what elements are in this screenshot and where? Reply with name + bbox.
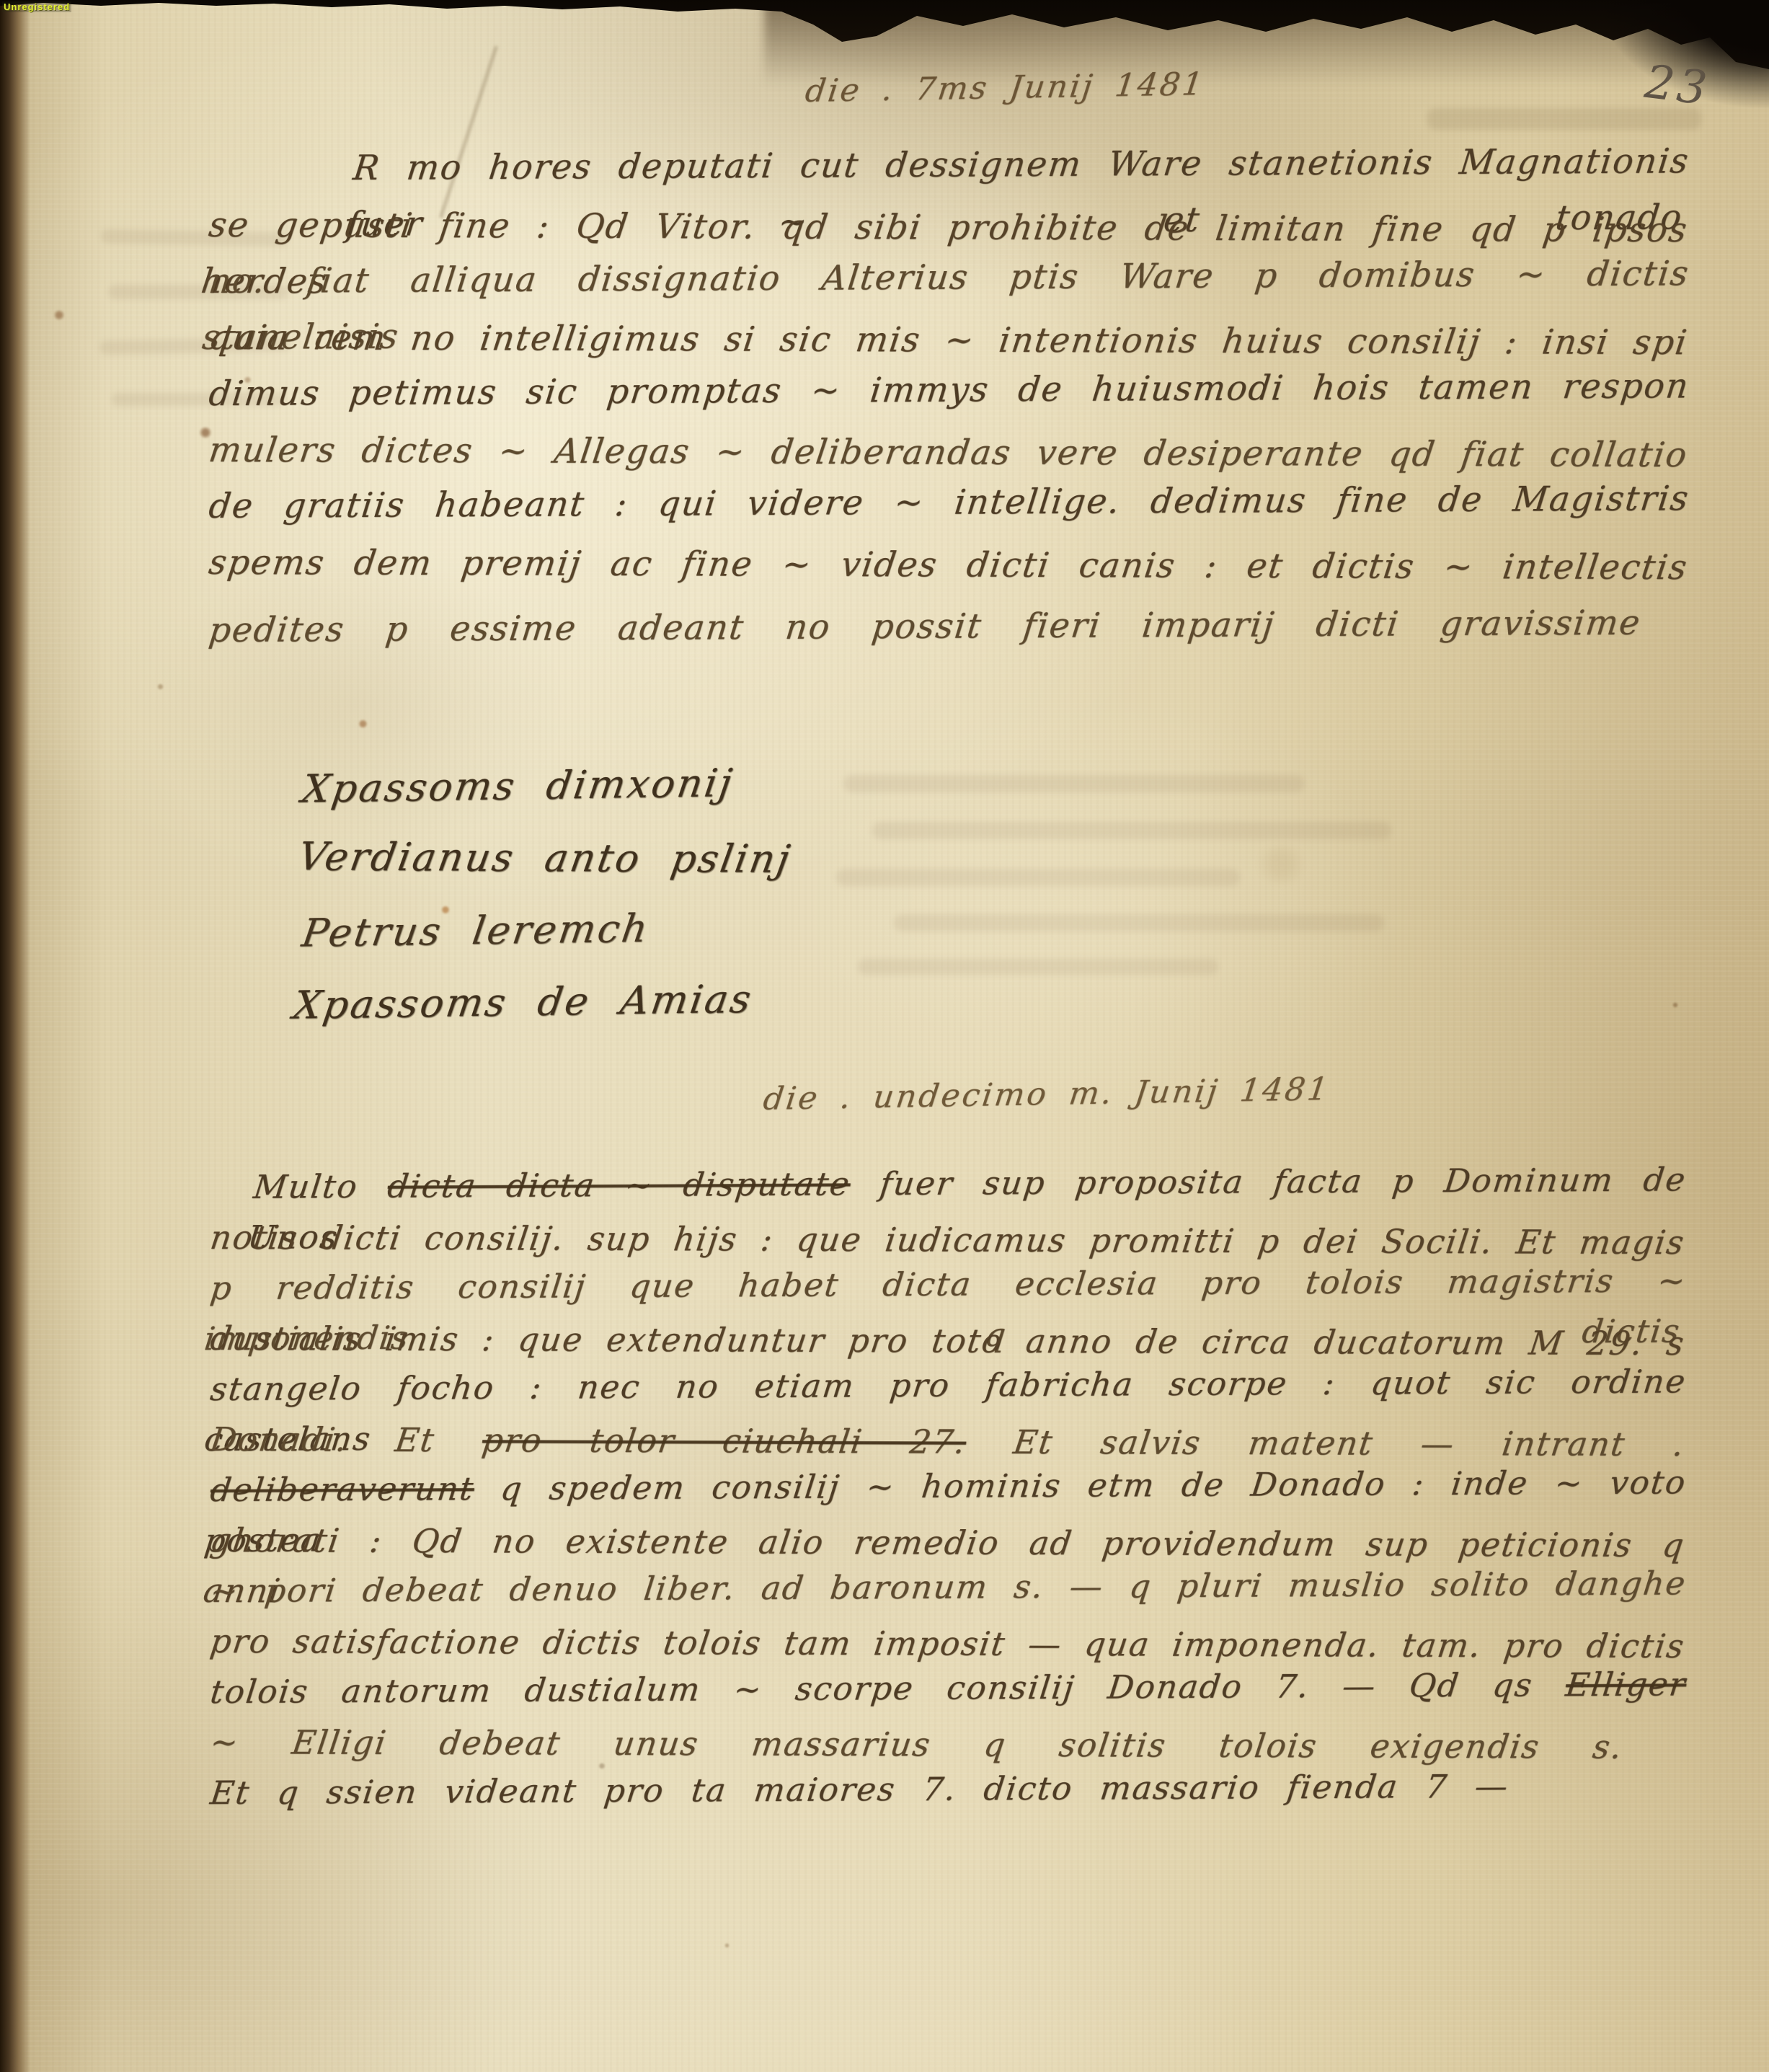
paper-stain xyxy=(1254,845,1308,884)
manuscript-page: Unregistered 23 die . 7ms Junij 1481 R m… xyxy=(0,0,1769,2072)
line-text: dustialis imis : que extenduntur pro tot… xyxy=(208,1319,1687,1363)
manuscript-line: de gratiis habeant : qui videre ~ intell… xyxy=(205,471,1692,535)
manuscript-line: stangelo focho : nec no etiam pro fabric… xyxy=(208,1356,1690,1414)
manuscript-line: Et q ssien videant pro ta maiores 7. dic… xyxy=(208,1761,1512,1818)
manuscript-line: deliberaverunt q spedem consilij ~ homin… xyxy=(208,1457,1690,1515)
manuscript-line: pedites p essime adeant no possit fieri … xyxy=(205,596,1644,659)
binding-edge xyxy=(0,0,30,2072)
struck-text: Elliger xyxy=(1564,1665,1688,1704)
line-text: ~ Elligi debeat unus massarius q solitis… xyxy=(208,1723,1625,1766)
line-text: ~ pori debeat denuo liber. ad baronum s.… xyxy=(208,1564,1689,1610)
line-text: tolois antorum dustialum ~ scorpe consil… xyxy=(208,1665,1568,1711)
line-text: Multo xyxy=(252,1167,390,1206)
signature: Xpassoms de Amias xyxy=(288,962,797,1042)
line-text: notis dicti consilij. sup hijs : que iud… xyxy=(208,1218,1687,1262)
line-text: pro satisfactione dictis tolois tam impo… xyxy=(208,1622,1687,1665)
entry2-paragraph: Multo dicta dicta ~ disputate fuer sup p… xyxy=(210,1162,1685,1818)
line-text: Et q ssien videant pro ta maiores 7. dic… xyxy=(208,1767,1511,1812)
entry2-date-heading: die . undecimo m. Junij 1481 xyxy=(761,1071,1332,1117)
ink-stain xyxy=(1672,1002,1678,1008)
folio-page-number: 23 xyxy=(1642,56,1713,116)
bleedthrough-smudge xyxy=(836,869,1240,886)
struck-text: pro tolor ciuchali 27. xyxy=(480,1421,969,1461)
ink-stain xyxy=(358,720,368,728)
manuscript-line: Multo dicta dicta ~ disputate fuer sup p… xyxy=(208,1154,1690,1213)
ink-stain xyxy=(53,310,65,320)
signature: Verdianus anto pslinj xyxy=(293,820,797,895)
manuscript-line: R mo hores deputati cut dessignem Ware s… xyxy=(205,133,1692,198)
bleedthrough-smudge xyxy=(872,822,1391,839)
manuscript-line: ~ pori debeat denuo liber. ad baronum s.… xyxy=(208,1558,1690,1616)
signature-list: Xpassoms dimxonij Verdianus anto pslinj … xyxy=(303,750,792,1038)
manuscript-line: spems dem premij ac fine ~ vides dicti c… xyxy=(205,535,1692,596)
ink-stain xyxy=(157,683,164,690)
bleedthrough-smudge xyxy=(894,914,1384,931)
signature: Xpassoms dimxonij xyxy=(297,746,797,825)
manuscript-line: dimus petimus sic promptas ~ immys de hu… xyxy=(205,358,1692,422)
struck-text: dicta dicta ~ disputate xyxy=(386,1164,853,1205)
ink-stain xyxy=(724,1943,730,1948)
scanner-watermark: Unregistered xyxy=(2,1,71,12)
struck-text: deliberaverunt xyxy=(208,1469,476,1509)
manuscript-line: p redditis consilij que habet dicta eccl… xyxy=(208,1255,1690,1314)
bleedthrough-smudge xyxy=(858,959,1218,975)
signature: Petrus leremch xyxy=(297,890,797,969)
bleedthrough-smudge xyxy=(843,775,1305,792)
manuscript-line: tolois antorum dustialum ~ scorpe consil… xyxy=(208,1659,1690,1717)
line-text: Donadi. Et xyxy=(208,1420,484,1459)
entry1-paragraph: R mo hores deputati cut dessignem Ware s… xyxy=(209,141,1688,659)
manuscript-line: no. fiat alliqua dissignatio Alterius pt… xyxy=(205,246,1692,310)
